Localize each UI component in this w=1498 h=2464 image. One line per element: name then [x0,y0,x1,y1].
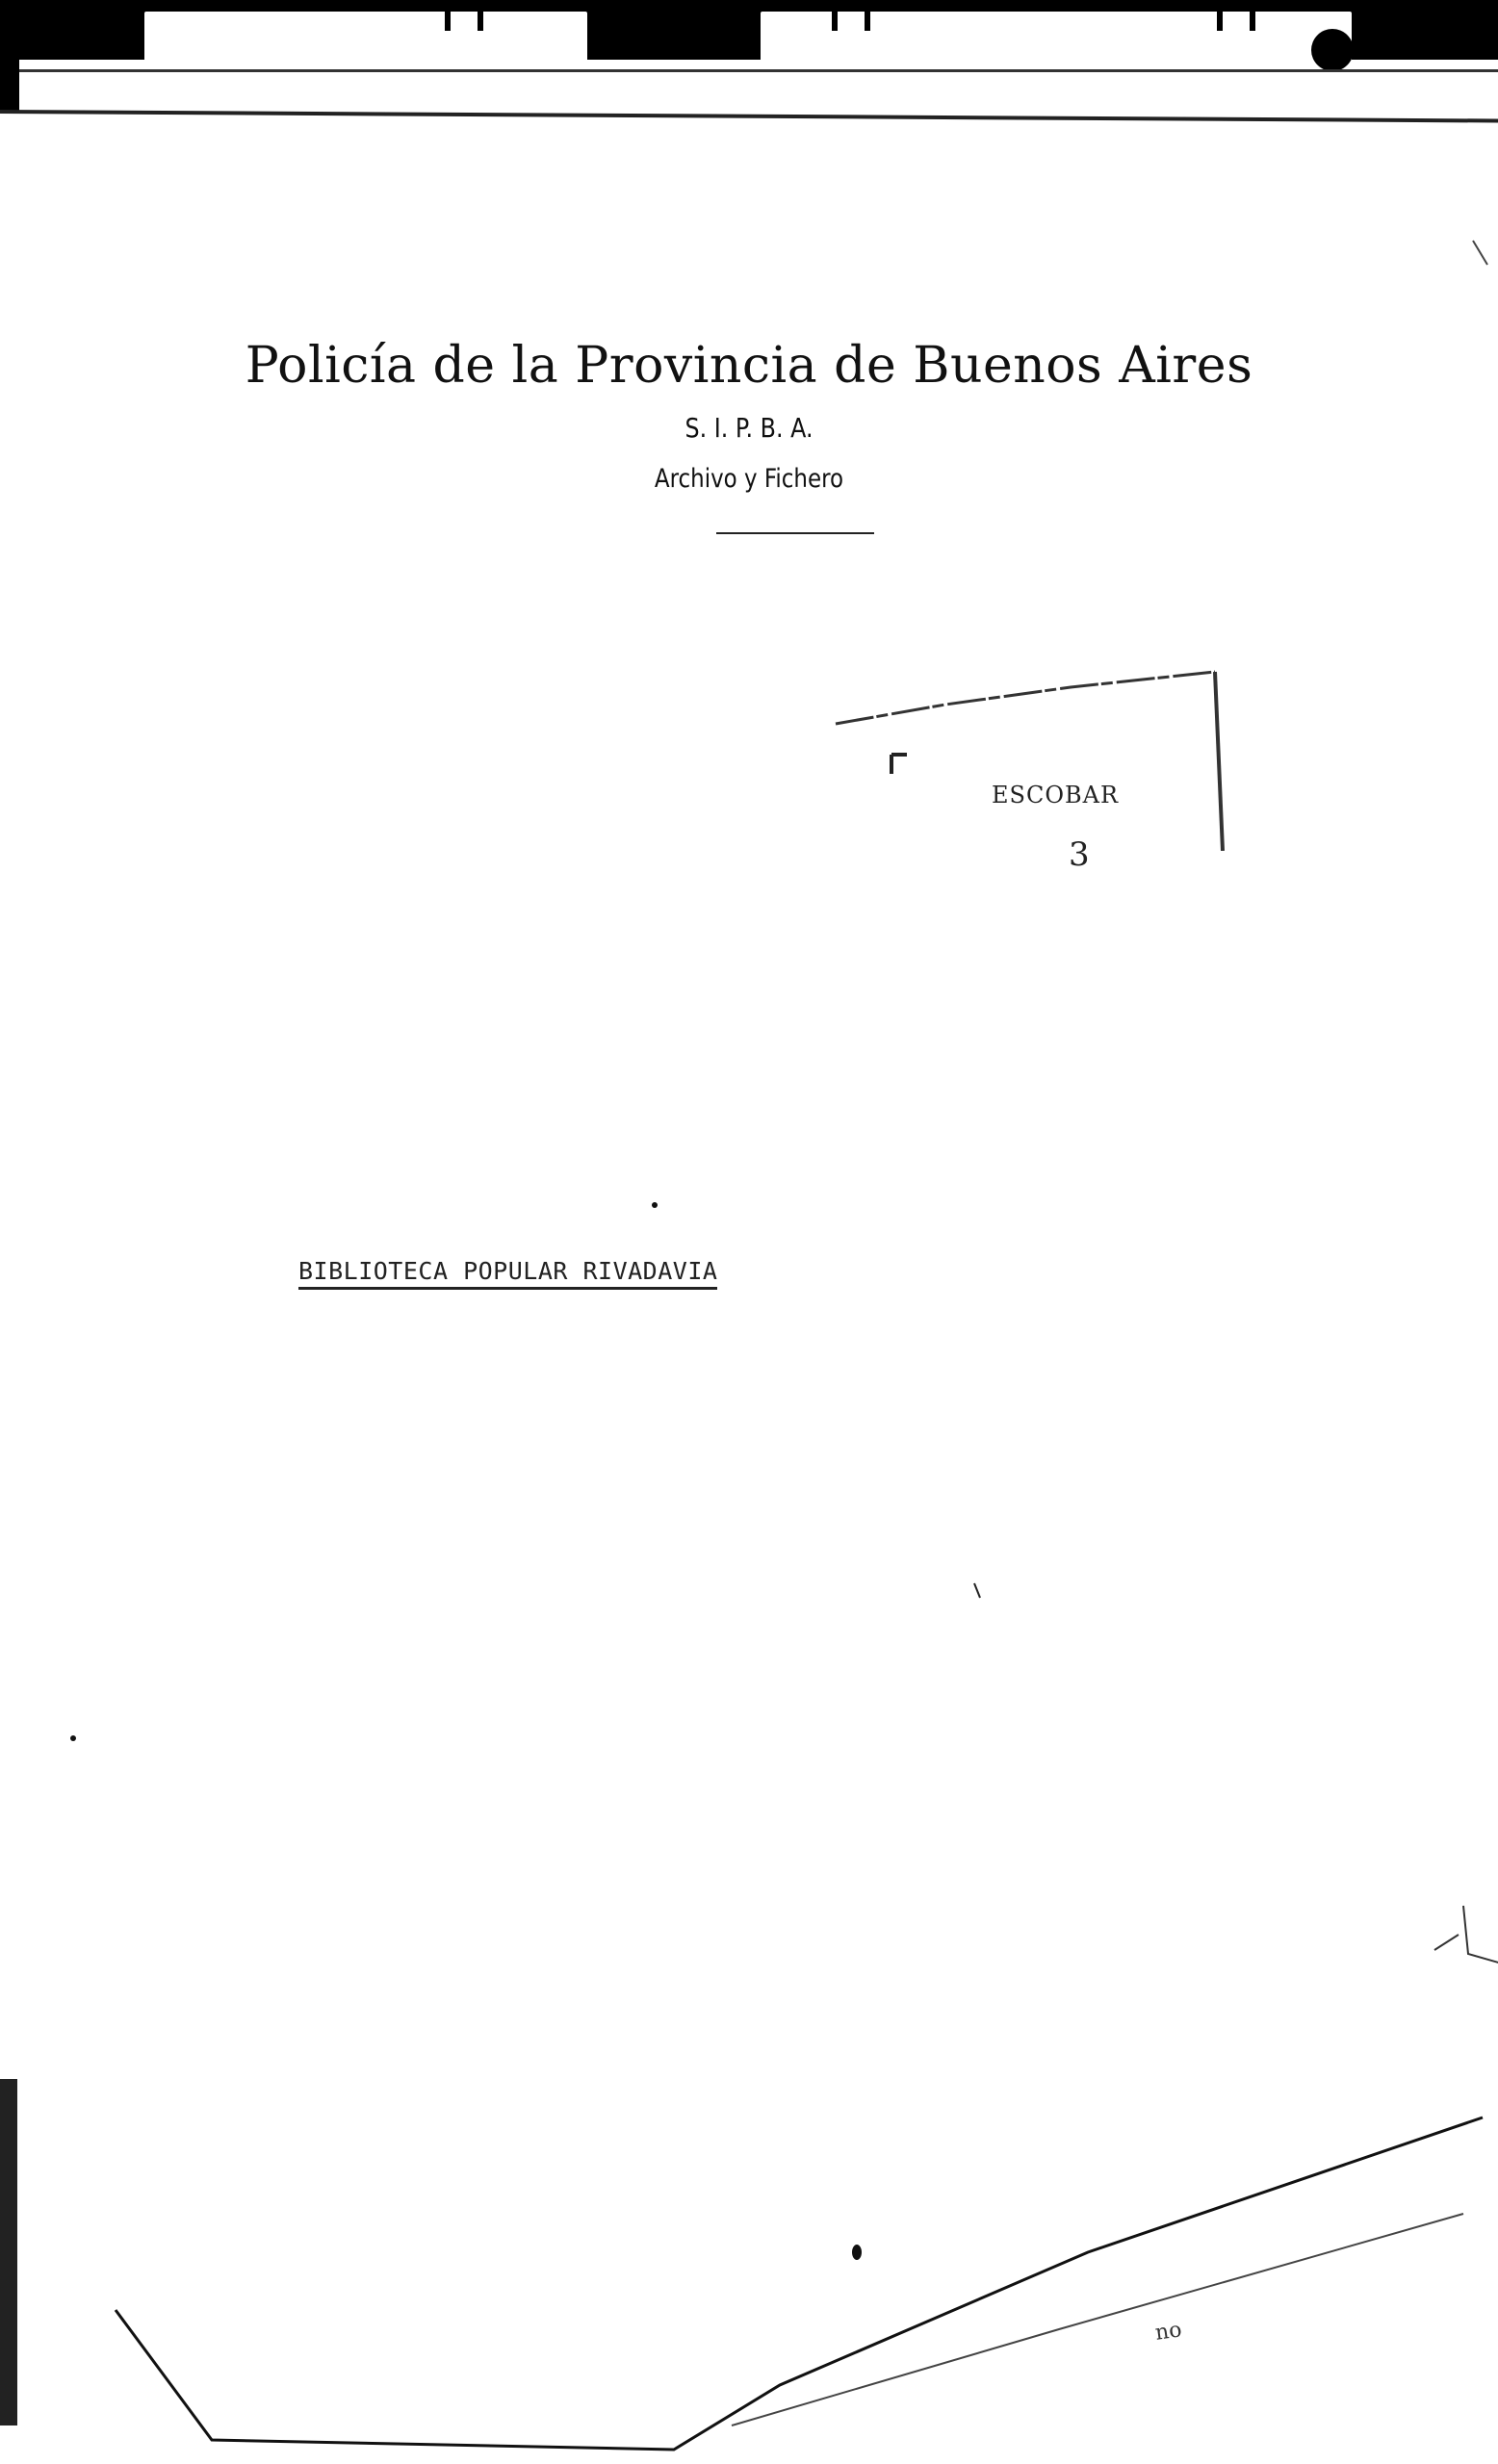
locality-stamp: ESCOBAR 3 [830,658,1225,851]
stamp-number: 3 [1069,835,1090,874]
folder-tab-left [144,12,587,62]
department-name: Archivo y Fichero [113,464,1386,494]
page-edge-line [0,110,1498,123]
tab-notch [445,12,451,31]
tab-notch [832,12,838,31]
document-title: Policía de la Provincia de Buenos Aires [0,337,1498,395]
agency-acronym: S. I. P. B. A. [113,412,1386,444]
record-subject: BIBLIOTECA POPULAR RIVADAVIA [298,1257,717,1290]
top-rule [19,69,1498,72]
tab-notch [865,12,870,31]
stamp-locality: ESCOBAR [992,782,1119,808]
header-divider [716,532,874,534]
margin-handwriting: no [1153,2318,1183,2346]
tab-notch [478,12,483,31]
tab-notch [1250,12,1255,31]
left-edge-shadow [0,0,19,111]
tab-notch [1217,12,1223,31]
stamp-border [830,658,1225,851]
folder-tab-right [761,12,1352,62]
scanned-document-page: Policía de la Provincia de Buenos Aires … [0,0,1498,2464]
punch-hole [1311,29,1354,71]
left-binding-shadow [0,2079,17,2425]
